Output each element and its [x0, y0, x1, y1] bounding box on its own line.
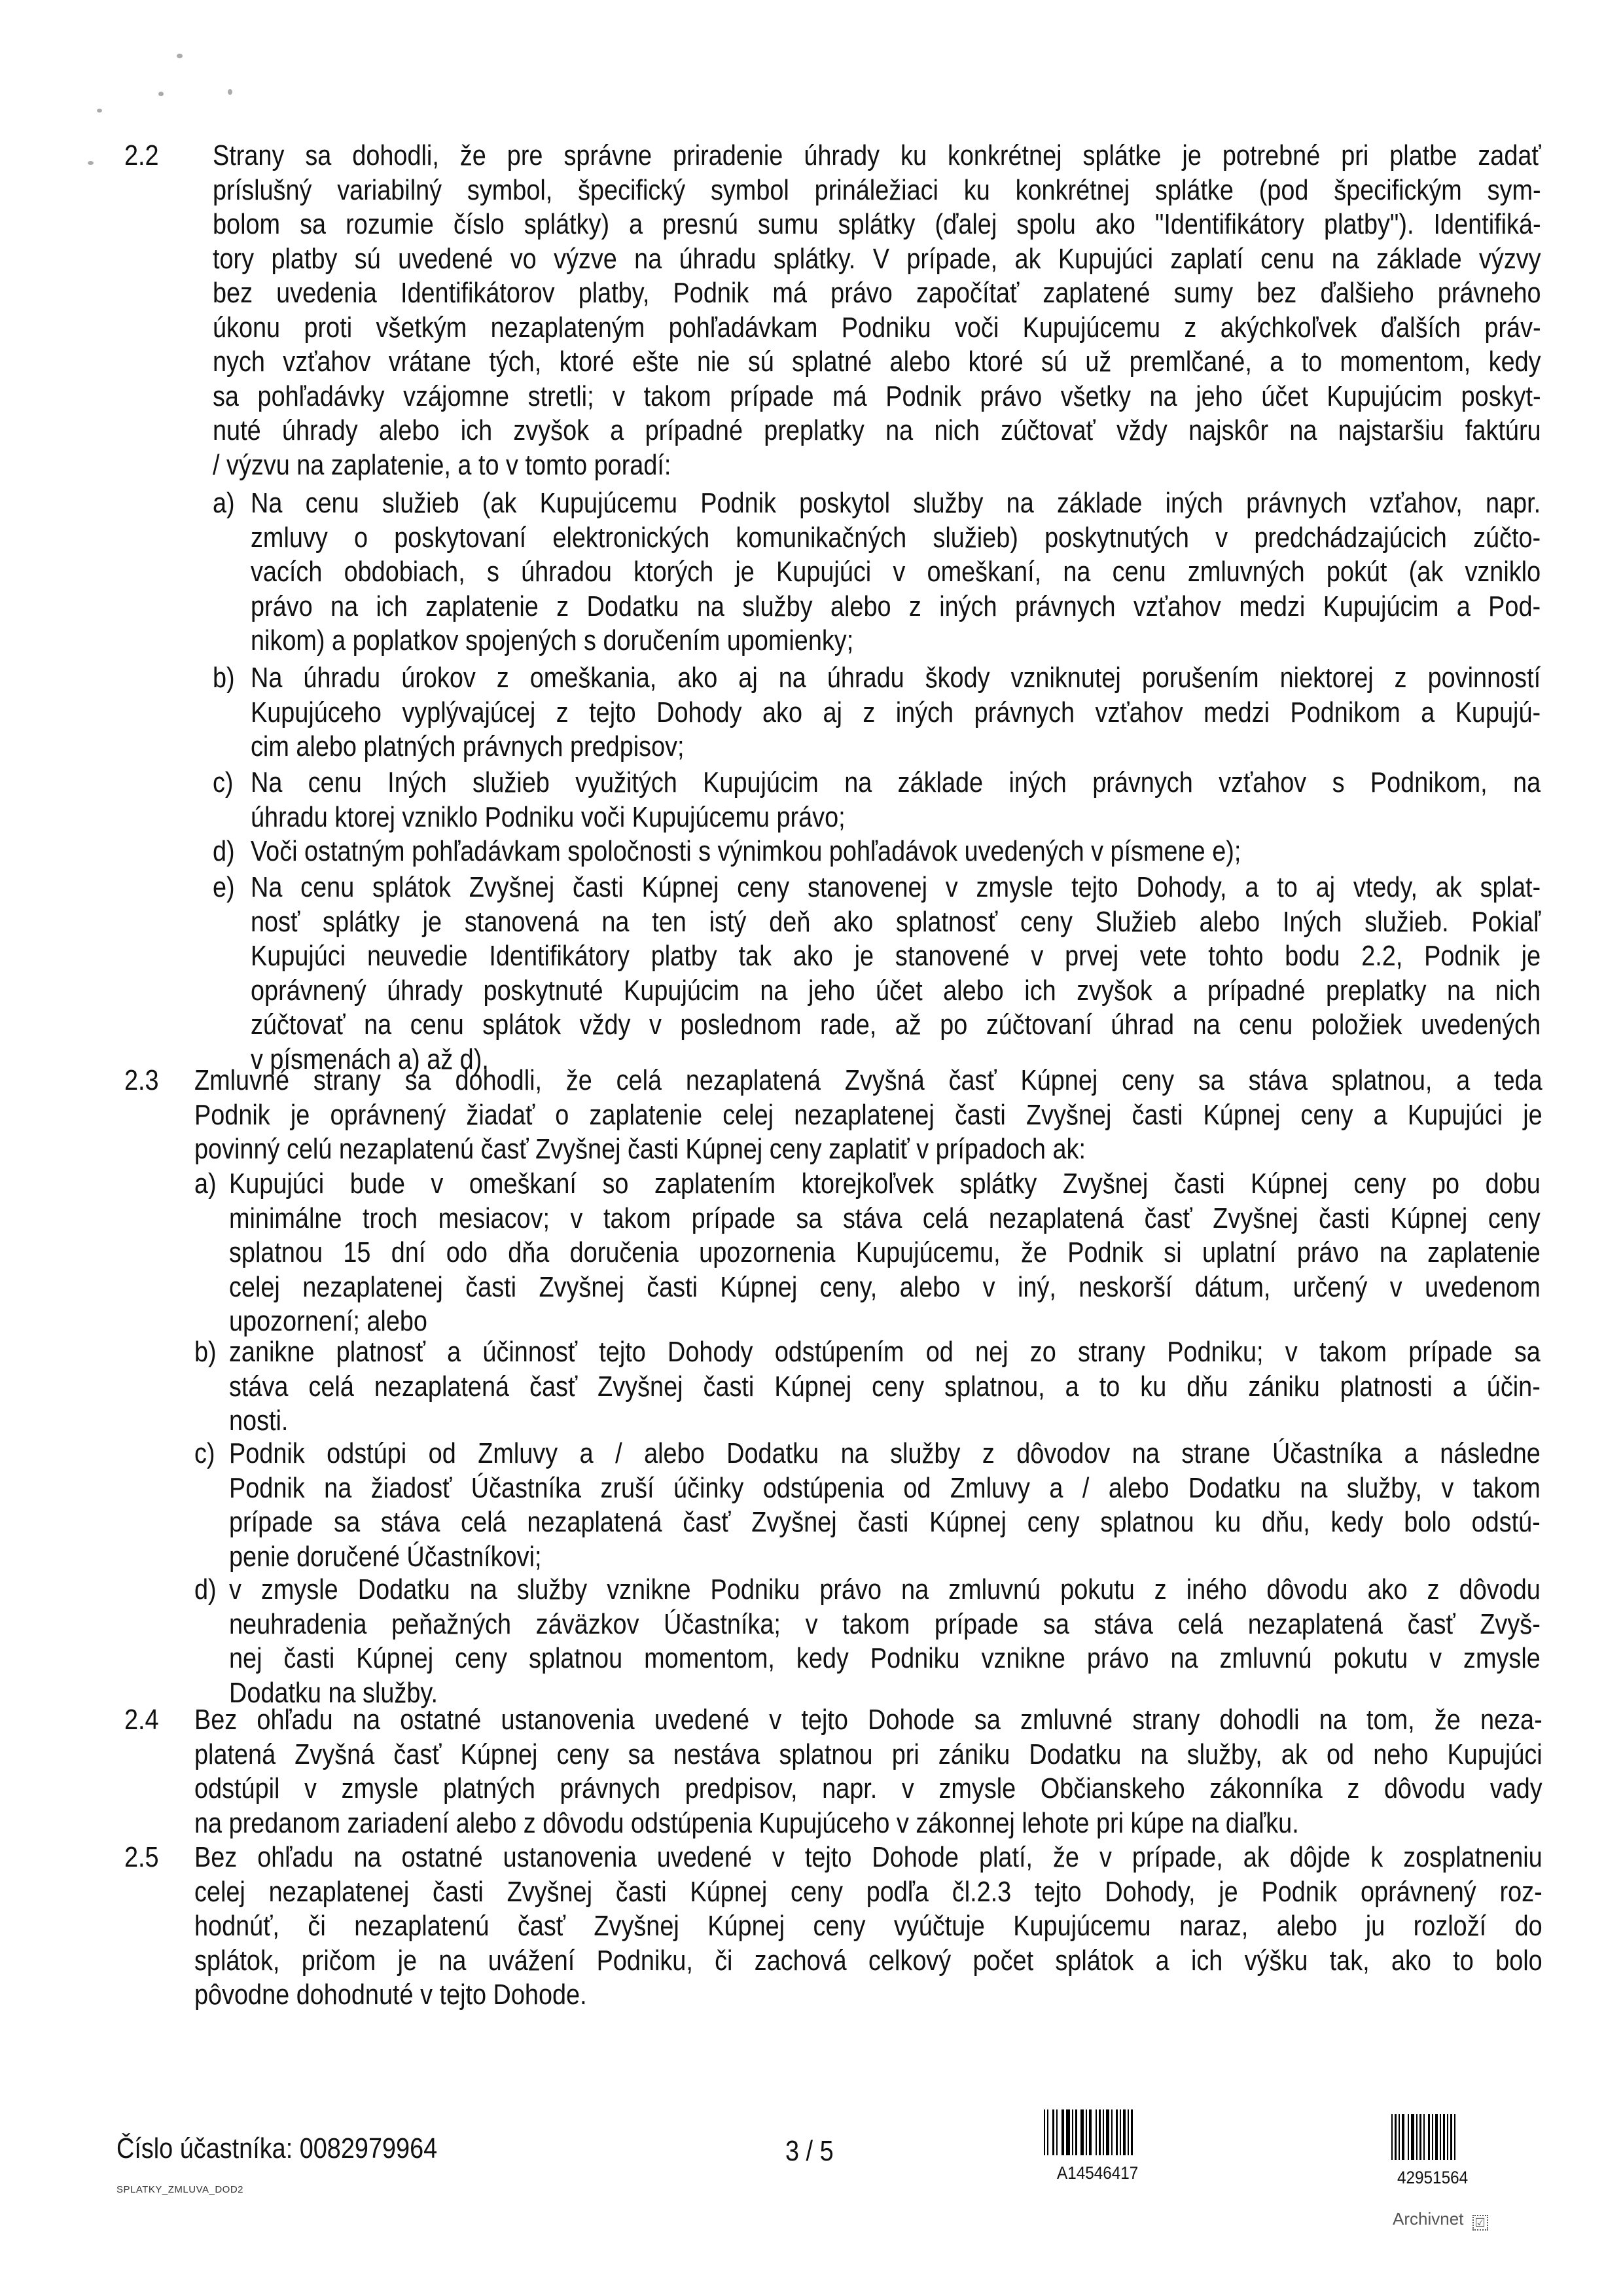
text-line: právo na ich zaplatenie z Dodatku na slu…: [251, 590, 1541, 624]
section-paragraph: Strany sa dohodli, že pre správne prirad…: [213, 139, 1541, 482]
text-line: splatnou 15 dní odo dňa doručenia upozor…: [229, 1236, 1541, 1270]
barcode-right-number: 42951564: [1397, 2168, 1468, 2188]
text-line: Kupujúci bude v omeškaní so zaplatením k…: [229, 1167, 1541, 1202]
text-line: povinný celú nezaplatenú časť Zvyšnej ča…: [194, 1132, 1543, 1167]
text-line: Kupujúceho vyplývajúcej z tejto Dohody a…: [251, 696, 1541, 730]
text-line: celej nezaplatenej časti Zvyšnej časti K…: [194, 1875, 1543, 1910]
text-line: Podnik na žiadosť Účastníka zruší účinky…: [229, 1471, 1541, 1506]
text-line: Bez ohľadu na ostatné ustanovenia uveden…: [194, 1840, 1543, 1875]
list-item-text: Kupujúci bude v omeškaní so zaplatením k…: [229, 1167, 1541, 1339]
text-line: upozornení; alebo: [229, 1304, 1541, 1339]
text-line: penie doručené Účastníkovi;: [229, 1540, 1541, 1575]
list-item-letter: a): [213, 486, 235, 521]
scan-speck: [158, 92, 164, 96]
list-item-text: Na cenu splátok Zvyšnej časti Kúpnej cen…: [251, 870, 1541, 1077]
list-item-letter: d): [194, 1573, 217, 1607]
list-item-text: zanikne platnosť a účinnosť tejto Dohody…: [229, 1335, 1541, 1439]
text-line: oprávnený úhrady poskytnuté Kupujúcim na…: [251, 974, 1541, 1009]
text-line: pôvodne dohodnuté v tejto Dohode.: [194, 1978, 1543, 2013]
section-paragraph: Bez ohľadu na ostatné ustanovenia uveden…: [194, 1703, 1543, 1840]
text-line: Kupujúci neuvedie Identifikátory platby …: [251, 939, 1541, 974]
text-line: na predanom zariadení alebo z dôvodu ods…: [194, 1806, 1543, 1841]
text-line: hodnúť, či nezaplatenú časť Zvyšnej Kúpn…: [194, 1909, 1543, 1944]
text-line: úhradu ktorej vzniklo Podniku voči Kupuj…: [251, 800, 1541, 835]
text-line: Podnik je oprávnený žiadať o zaplatenie …: [194, 1098, 1543, 1133]
text-line: stáva celá nezaplatená časť Zvyšnej čast…: [229, 1370, 1541, 1405]
subscriber-number: Číslo účastníka: 0082979964: [116, 2132, 437, 2165]
text-line: tory platby sú uvedené vo výzve na úhrad…: [213, 242, 1541, 277]
list-item-letter: e): [213, 870, 235, 905]
text-line: nosť splátky je stanovená na ten istý de…: [251, 905, 1541, 940]
barcode-left-number: A14546417: [1057, 2163, 1138, 2183]
list-item-letter: d): [213, 834, 235, 869]
text-line: úkonu proti všetkým nezaplateným pohľadá…: [213, 311, 1541, 346]
section-paragraph: Bez ohľadu na ostatné ustanovenia uveden…: [194, 1840, 1543, 2013]
list-item-letter: b): [213, 661, 235, 696]
section-number: 2.2: [124, 139, 159, 173]
text-line: cim alebo platných právnych predpisov;: [251, 730, 1541, 764]
scan-speck: [97, 109, 102, 113]
text-line: Na cenu splátok Zvyšnej časti Kúpnej cen…: [251, 870, 1541, 905]
list-item-text: Na cenu služieb (ak Kupujúcemu Podnik po…: [251, 486, 1541, 658]
text-line: odstúpil v zmysle platných právnych pred…: [194, 1772, 1543, 1806]
list-item-letter: a): [194, 1167, 217, 1202]
scan-speck: [88, 161, 94, 165]
section-number: 2.5: [124, 1840, 159, 1875]
text-line: Strany sa dohodli, že pre správne prirad…: [213, 139, 1541, 173]
list-item-letter: c): [194, 1437, 215, 1471]
text-line: Podnik odstúpi od Zmluvy a / alebo Dodat…: [229, 1437, 1541, 1471]
barcode-left-icon: [1044, 2109, 1143, 2155]
checkbox-checked-icon: ☑: [1472, 2215, 1488, 2231]
text-line: celej nezaplatenej časti Zvyšnej časti K…: [229, 1270, 1541, 1305]
text-line: neuhradenia peňažných záväzkov Účastníka…: [229, 1607, 1541, 1642]
text-line: Voči ostatným pohľadávkam spoločnosti s …: [251, 834, 1541, 869]
section-number: 2.3: [124, 1064, 159, 1098]
scan-speck: [228, 89, 232, 95]
barcode-right-icon: [1391, 2114, 1469, 2160]
text-line: príslušný variabilný symbol, špecifický …: [213, 173, 1541, 208]
list-item-text: Na cenu Iných služieb využitých Kupujúci…: [251, 766, 1541, 834]
archive-label: Archivnet: [1393, 2209, 1463, 2229]
text-line: Zmluvné strany sa dohodli, že celá nezap…: [194, 1064, 1543, 1098]
text-line: bolom sa rozumie číslo splátky) a presnú…: [213, 207, 1541, 242]
text-line: vacích obdobiach, s úhradou ktorých je K…: [251, 555, 1541, 590]
list-item-letter: c): [213, 766, 234, 800]
text-line: bez uvedenia Identifikátorov platby, Pod…: [213, 276, 1541, 311]
list-item-text: Podnik odstúpi od Zmluvy a / alebo Dodat…: [229, 1437, 1541, 1574]
document-page: 2.2 Strany sa dohodli, že pre správne pr…: [0, 0, 1623, 2296]
text-line: platená Zvyšná časť Kúpnej ceny sa nestá…: [194, 1738, 1543, 1772]
section-paragraph: Zmluvné strany sa dohodli, že celá nezap…: [194, 1064, 1543, 1167]
text-line: nych vzťahov vrátane tých, ktoré ešte ni…: [213, 345, 1541, 380]
text-line: nuté úhrady alebo ich zvyšok a prípadné …: [213, 414, 1541, 448]
list-item-text: v zmysle Dodatku na služby vznikne Podni…: [229, 1573, 1541, 1710]
text-line: zúčtovať na cenu splátok vždy v posledno…: [251, 1008, 1541, 1043]
text-line: Bez ohľadu na ostatné ustanovenia uveden…: [194, 1703, 1543, 1738]
scan-speck: [177, 54, 183, 58]
text-line: nej časti Kúpnej ceny splatnou momentom,…: [229, 1641, 1541, 1676]
text-line: splátok, pričom je na uvážení Podniku, č…: [194, 1944, 1543, 1979]
text-line: Na úhradu úrokov z omeškania, ako aj na …: [251, 661, 1541, 696]
list-item-text: Voči ostatným pohľadávkam spoločnosti s …: [251, 834, 1541, 869]
list-item-letter: b): [194, 1335, 217, 1370]
text-line: zanikne platnosť a účinnosť tejto Dohody…: [229, 1335, 1541, 1370]
text-line: zmluvy o poskytovaní elektronických komu…: [251, 521, 1541, 556]
text-line: prípade sa stáva celá nezaplatená časť Z…: [229, 1505, 1541, 1540]
text-line: Na cenu Iných služieb využitých Kupujúci…: [251, 766, 1541, 800]
text-line: v zmysle Dodatku na služby vznikne Podni…: [229, 1573, 1541, 1607]
list-item-text: Na úhradu úrokov z omeškania, ako aj na …: [251, 661, 1541, 764]
archive-stamp: Archivnet ☑: [1393, 2209, 1488, 2231]
text-line: minimálne troch mesiacov; v takom prípad…: [229, 1202, 1541, 1236]
text-line: nosti.: [229, 1404, 1541, 1439]
text-line: / výzvu na zaplatenie, a to v tomto pora…: [213, 448, 1541, 483]
text-line: sa pohľadávky vzájomne stretli; v takom …: [213, 380, 1541, 414]
page-number: 3 / 5: [785, 2135, 834, 2168]
text-line: nikom) a poplatkov spojených s doručením…: [251, 624, 1541, 658]
template-code: SPLATKY_ZMLUVA_DOD2: [116, 2184, 243, 2195]
text-line: Na cenu služieb (ak Kupujúcemu Podnik po…: [251, 486, 1541, 521]
section-number: 2.4: [124, 1703, 159, 1738]
